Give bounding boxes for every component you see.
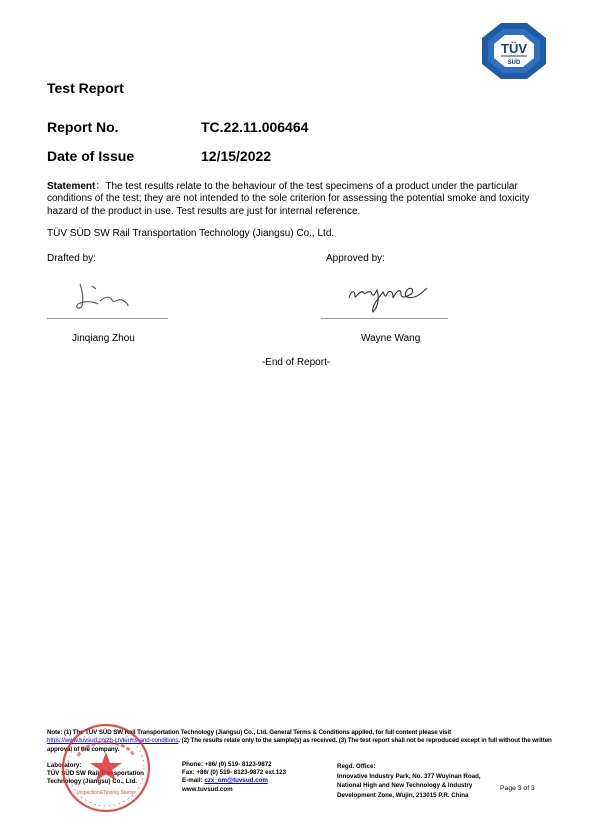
drafter-signature-line [47,318,168,319]
svg-text:TÜV: TÜV [501,41,527,56]
approver-signature-line [321,318,448,319]
email-link[interactable]: czx_om@tuvsud.com [204,777,267,784]
office-line2: National High and New Technology & Indus… [337,781,481,791]
office-label: Regd. Office: [337,762,481,772]
office-line1: Innovative Industry Park, No. 377 Wuyina… [337,772,481,782]
fax: Fax: +86/ (0) 519- 8123-9872 ext.123 [182,769,286,777]
svg-text:SÜD: SÜD [508,59,521,66]
date-of-issue-label: Date of Issue [47,148,134,164]
report-no-value: TC.22.11.006464 [201,119,308,135]
statement-separator: ： [95,181,105,192]
website: www.tuvsud.com [182,786,286,794]
registered-office: Regd. Office: Innovative Industry Park, … [337,762,481,800]
statement-label: Statement [47,181,95,192]
report-no-label: Report No. [47,119,119,135]
drafter-name: Jinqiang Zhou [72,333,135,344]
page-title: Test Report [47,80,124,96]
approver-signature [345,276,435,316]
approver-name: Wayne Wang [361,333,420,344]
company-name: TÜV SÜD SW Rail Transportation Technolog… [47,228,334,239]
statement: Statement：The test results relate to the… [47,181,547,218]
date-of-issue-value: 12/15/2022 [201,148,271,164]
contact-info: Phone: +86/ (0) 519- 8123-9872 Fax: +86/… [182,761,286,794]
drafter-signature [72,280,140,314]
company-stamp: Inspection&Testing Stamp [60,722,152,814]
svg-text:Inspection&Testing Stamp: Inspection&Testing Stamp [77,790,135,796]
end-of-report: -End of Report- [0,357,592,368]
approved-by-label: Approved by: [326,253,385,264]
drafted-by-label: Drafted by: [47,253,96,264]
office-line3: Development Zone, Wujin, 213015 P.R. Chi… [337,791,481,801]
page-number: Page 3 of 3 [500,785,535,792]
star-icon [90,752,122,781]
email-label: E-mail: [182,777,204,784]
email-row: E-mail: czx_om@tuvsud.com [182,777,286,785]
statement-text: The test results relate to the behaviour… [47,181,530,217]
phone: Phone: +86/ (0) 519- 8123-9872 [182,761,286,769]
tuv-sud-logo: TÜV SÜD [481,22,547,80]
